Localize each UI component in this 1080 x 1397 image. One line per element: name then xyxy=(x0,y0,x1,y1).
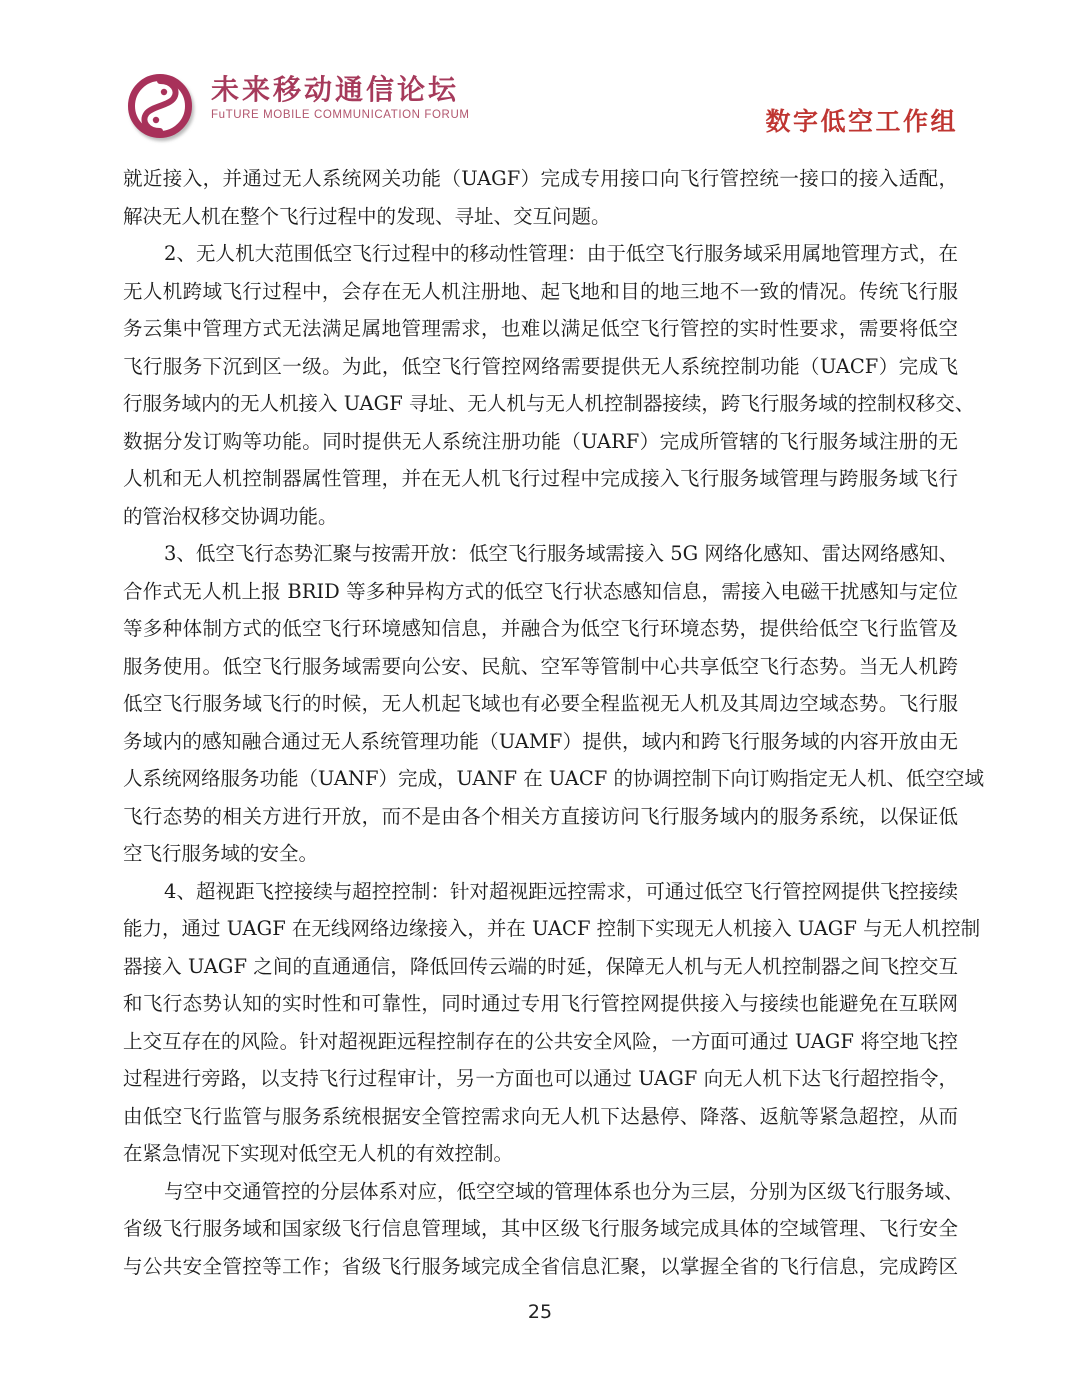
body-text-line: 在紧急情况下实现对低空无人机的有效控制。 xyxy=(123,1135,958,1173)
workgroup-title: 数字低空工作组 xyxy=(765,102,958,138)
body-text-line: 等多种体制方式的低空飞行环境感知信息，并融合为低空飞行环境态势，提供给低空飞行监… xyxy=(123,610,958,648)
body-text-line: 的管治权移交协调功能。 xyxy=(123,498,958,536)
body-text-line: 务域内的感知融合通过无人系统管理功能（UAMF）提供，域内和跨飞行服务域的内容开… xyxy=(123,723,958,761)
body-text-line: 2、无人机大范围低空飞行过程中的移动性管理：由于低空飞行服务域采用属地管理方式，… xyxy=(123,235,958,273)
body-text-line: 就近接入，并通过无人系统网关功能（UAGF）完成专用接口向飞行管控统一接口的接入… xyxy=(123,160,958,198)
body-text-line: 与公共安全管控等工作；省级飞行服务域完成全省信息汇聚，以掌握全省的飞行信息，完成… xyxy=(123,1248,958,1286)
body-text-line: 4、超视距飞控接续与超控控制：针对超视距远控需求，可通过低空飞行管控网提供飞控接… xyxy=(123,873,958,911)
body-text-line: 人系统网络服务功能（UANF）完成，UANF 在 UACF 的协调控制下向订购指… xyxy=(123,760,958,798)
document-page: 未来移动通信论坛 FuTURE MOBILE COMMUNICATION FOR… xyxy=(0,0,1080,1397)
body-text-line: 服务使用。低空飞行服务域需要向公安、民航、空军等管制中心共享低空飞行态势。当无人… xyxy=(123,648,958,686)
body-text-line: 3、低空飞行态势汇聚与按需开放：低空飞行服务域需接入 5G 网络化感知、雷达网络… xyxy=(123,535,958,573)
body-text-line: 能力，通过 UAGF 在无线网络边缘接入，并在 UACF 控制下实现无人机接入 … xyxy=(123,910,958,948)
body-text-line: 省级飞行服务域和国家级飞行信息管理域，其中区级飞行服务域完成具体的空域管理、飞行… xyxy=(123,1210,958,1248)
forum-logo-subtitle: FuTURE MOBILE COMMUNICATION FORUM xyxy=(211,109,470,121)
body-text-line: 解决无人机在整个飞行过程中的发现、寻址、交互问题。 xyxy=(123,198,958,236)
body-text-line: 与空中交通管控的分层体系对应，低空空域的管理体系也分为三层，分别为区级飞行服务域… xyxy=(123,1173,958,1211)
forum-logo-title: 未来移动通信论坛 xyxy=(211,74,470,106)
page-header: 未来移动通信论坛 FuTURE MOBILE COMMUNICATION FOR… xyxy=(123,66,958,148)
forum-logo: 未来移动通信论坛 FuTURE MOBILE COMMUNICATION FOR… xyxy=(123,66,470,144)
body-text-line: 合作式无人机上报 BRID 等多种异构方式的低空飞行状态感知信息，需接入电磁干扰… xyxy=(123,573,958,611)
body-text-line: 低空飞行服务域飞行的时候，无人机起飞域也有必要全程监视无人机及其周边空域态势。飞… xyxy=(123,685,958,723)
body-text-line: 数据分发订购等功能。同时提供无人系统注册功能（UARF）完成所管辖的飞行服务域注… xyxy=(123,423,958,461)
body-text-line: 器接入 UAGF 之间的直通通信，降低回传云端的时延，保障无人机与无人机控制器之… xyxy=(123,948,958,986)
body-text-line: 和飞行态势认知的实时性和可靠性，同时通过专用飞行管控网提供接入与接续也能避免在互… xyxy=(123,985,958,1023)
body-text-line: 务云集中管理方式无法满足属地管理需求，也难以满足低空飞行管控的实时性要求，需要将… xyxy=(123,310,958,348)
body-text-line: 行服务域内的无人机接入 UAGF 寻址、无人机与无人机控制器接续，跨飞行服务域的… xyxy=(123,385,958,423)
body-text-line: 空飞行服务域的安全。 xyxy=(123,835,958,873)
body-text-line: 过程进行旁路，以支持飞行过程审计，另一方面也可以通过 UAGF 向无人机下达飞行… xyxy=(123,1060,958,1098)
document-body: 就近接入，并通过无人系统网关功能（UAGF）完成专用接口向飞行管控统一接口的接入… xyxy=(123,160,958,1285)
body-text-line: 飞行服务下沉到区一级。为此，低空飞行管控网络需要提供无人系统控制功能（UACF）… xyxy=(123,348,958,386)
page-footer: 25 xyxy=(0,1301,1080,1323)
body-text-line: 由低空飞行监管与服务系统根据安全管控需求向无人机下达悬停、降落、返航等紧急超控，… xyxy=(123,1098,958,1136)
forum-logo-icon xyxy=(123,68,197,144)
body-text-line: 人机和无人机控制器属性管理，并在无人机飞行过程中完成接入飞行服务域管理与跨服务域… xyxy=(123,460,958,498)
body-text-line: 无人机跨域飞行过程中，会存在无人机注册地、起飞地和目的地三地不一致的情况。传统飞… xyxy=(123,273,958,311)
forum-logo-text: 未来移动通信论坛 FuTURE MOBILE COMMUNICATION FOR… xyxy=(211,74,470,121)
body-text-line: 飞行态势的相关方进行开放，而不是由各个相关方直接访问飞行服务域内的服务系统，以保… xyxy=(123,798,958,836)
body-text-line: 上交互存在的风险。针对超视距远程控制存在的公共安全风险，一方面可通过 UAGF … xyxy=(123,1023,958,1061)
page-number: 25 xyxy=(0,1301,1080,1323)
